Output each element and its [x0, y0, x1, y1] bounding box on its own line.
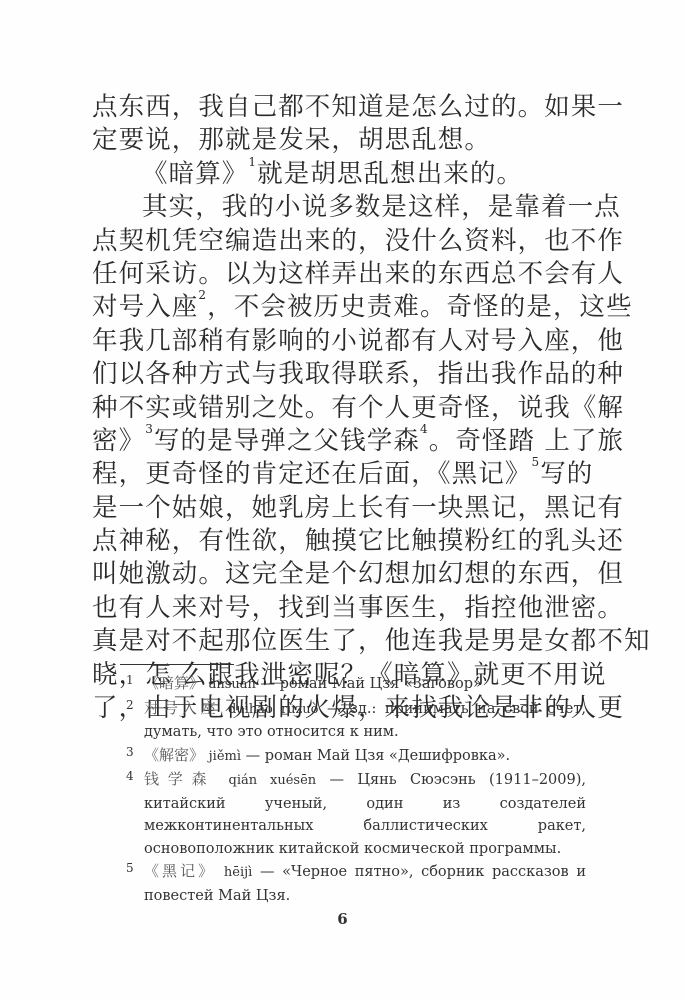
- footnote-pinyin: ànsuàn: [209, 677, 256, 692]
- text-segment: 真是对不起那位医生了，他连我是男是女都不知: [92, 626, 651, 656]
- text-segment: 点东西，我自己都不知道是怎么过的。如果一: [92, 92, 624, 122]
- text-line: 们以各种方式与我取得联系，指出我作品的种: [92, 358, 592, 391]
- footnote-ref: 3: [145, 422, 154, 436]
- main-text: 点东西，我自己都不知道是怎么过的。如果一定要说，那就是发呆，胡思乱想。《暗算》1…: [92, 91, 592, 725]
- page-number: 6: [0, 910, 685, 928]
- footnote: 1《暗算》 ànsuàn — роман Май Цзя «Заговор»: [120, 672, 586, 697]
- footnote: 3《解密》 jiěmì — роман Май Цзя «Дешифровка»…: [120, 744, 586, 769]
- text-segment: 《暗算》: [142, 159, 248, 189]
- text-segment: 叫她激动。这完全是个幻想加幻想的东西，但: [92, 559, 624, 589]
- text-line: 叫她激动。这完全是个幻想加幻想的东西，但: [92, 558, 592, 591]
- text-line: 《暗算》1就是胡思乱想出来的。: [92, 158, 592, 191]
- text-line: 对号入座2，不会被历史责难。奇怪的是，这些: [92, 291, 592, 324]
- text-segment: 任何采访。以为这样弄出来的东西总不会有人: [92, 259, 624, 289]
- text-line: 密》3写的是导弹之父钱学森4。奇怪踏 上了旅: [92, 425, 592, 458]
- footnote-pinyin: duìhào rùzuò: [228, 702, 318, 717]
- footnote-number: 4: [126, 765, 134, 788]
- text-segment: 年我几部稍有影响的小说都有人对号入座，他: [92, 326, 624, 356]
- text-line: 点神秘，有性欲，触摸它比触摸粉红的乳头还: [92, 525, 592, 558]
- footnote-pinyin: jiěmì: [209, 749, 241, 764]
- text-segment: 写的是导弹之父钱学森: [154, 426, 420, 456]
- footnote: 5《黑记》 hēijì — «Черное пятно», сборник ра…: [120, 860, 586, 907]
- text-segment: 密》: [92, 426, 145, 456]
- footnote-chinese-term: 《黑记》: [144, 862, 216, 880]
- text-segment: 写的: [540, 459, 593, 489]
- footnote-ref: 2: [198, 288, 207, 302]
- footnote: 2对号入座 duìhào rùzuò — зд.: принимать на с…: [120, 697, 586, 744]
- book-page: 点东西，我自己都不知道是怎么过的。如果一定要说，那就是发呆，胡思乱想。《暗算》1…: [0, 0, 685, 1000]
- footnote-separator: [120, 664, 234, 665]
- footnote-number: 3: [126, 741, 134, 764]
- text-segment: 就是胡思乱想出来的。: [257, 159, 523, 189]
- footnote-pinyin: qián xuésēn: [229, 773, 317, 788]
- text-segment: 是一个姑娘，她乳房上长有一块黑记，黑记有: [92, 493, 624, 523]
- text-line: 任何采访。以为这样弄出来的东西总不会有人: [92, 258, 592, 291]
- footnote-ref: 4: [420, 422, 429, 436]
- text-line: 种不实或错别之处。有个人更奇怪，说我《解: [92, 392, 592, 425]
- text-segment: 点契机凭空编造出来的，没什么资料，也不作: [92, 226, 624, 256]
- footnote-number: 1: [126, 669, 134, 692]
- text-segment: 也有人来对号，找到当事医生，指控他泄密。: [92, 593, 624, 623]
- text-line: 定要说，那就是发呆，胡思乱想。: [92, 124, 592, 157]
- footnote-number: 2: [126, 694, 134, 717]
- footnote-chinese-term: 对号入座: [144, 699, 220, 717]
- text-line: 点东西，我自己都不知道是怎么过的。如果一: [92, 91, 592, 124]
- text-line: 真是对不起那位医生了，他连我是男是女都不知: [92, 625, 592, 658]
- footnote: 4钱学森 qián xuésēn — Цянь Сюэсэнь (1911–20…: [120, 768, 586, 860]
- text-line: 点契机凭空编造出来的，没什么资料，也不作: [92, 225, 592, 258]
- text-segment: 种不实或错别之处。有个人更奇怪，说我《解: [92, 393, 624, 423]
- footnote-ref: 5: [531, 455, 540, 469]
- footnotes: 1《暗算》 ànsuàn — роман Май Цзя «Заговор»2对…: [120, 672, 586, 907]
- footnote-text: — роман Май Цзя «Дешифровка».: [241, 748, 510, 764]
- footnote-number: 5: [126, 857, 134, 880]
- footnote-ref: 1: [248, 155, 257, 169]
- text-line: 程，更奇怪的肯定还在后面，《黑记》5写的: [92, 458, 592, 491]
- footnote-text: — роман Май Цзя «Заговор»: [256, 676, 482, 692]
- text-segment: 。奇怪踏 上了旅: [429, 426, 624, 456]
- text-segment: 定要说，那就是发呆，胡思乱想。: [92, 125, 491, 155]
- text-segment: 对号入座: [92, 292, 198, 322]
- text-segment: 们以各种方式与我取得联系，指出我作品的种: [92, 359, 624, 389]
- text-segment: 其实，我的小说多数是这样，是靠着一点: [142, 192, 621, 222]
- footnote-chinese-term: 《解密》: [144, 746, 204, 764]
- footnote-chinese-term: 钱学森: [144, 770, 215, 788]
- footnote-pinyin: hēijì: [224, 865, 252, 880]
- footnote-chinese-term: 《暗算》: [144, 674, 204, 692]
- text-segment: ，不会被历史责难。奇怪的是，这些: [207, 292, 633, 322]
- text-line: 也有人来对号，找到当事医生，指控他泄密。: [92, 592, 592, 625]
- text-line: 其实，我的小说多数是这样，是靠着一点: [92, 191, 592, 224]
- text-line: 是一个姑娘，她乳房上长有一块黑记，黑记有: [92, 492, 592, 525]
- text-line: 年我几部稍有影响的小说都有人对号入座，他: [92, 325, 592, 358]
- text-segment: 点神秘，有性欲，触摸它比触摸粉红的乳头还: [92, 526, 624, 556]
- text-segment: 程，更奇怪的肯定还在后面，《黑记》: [92, 459, 531, 489]
